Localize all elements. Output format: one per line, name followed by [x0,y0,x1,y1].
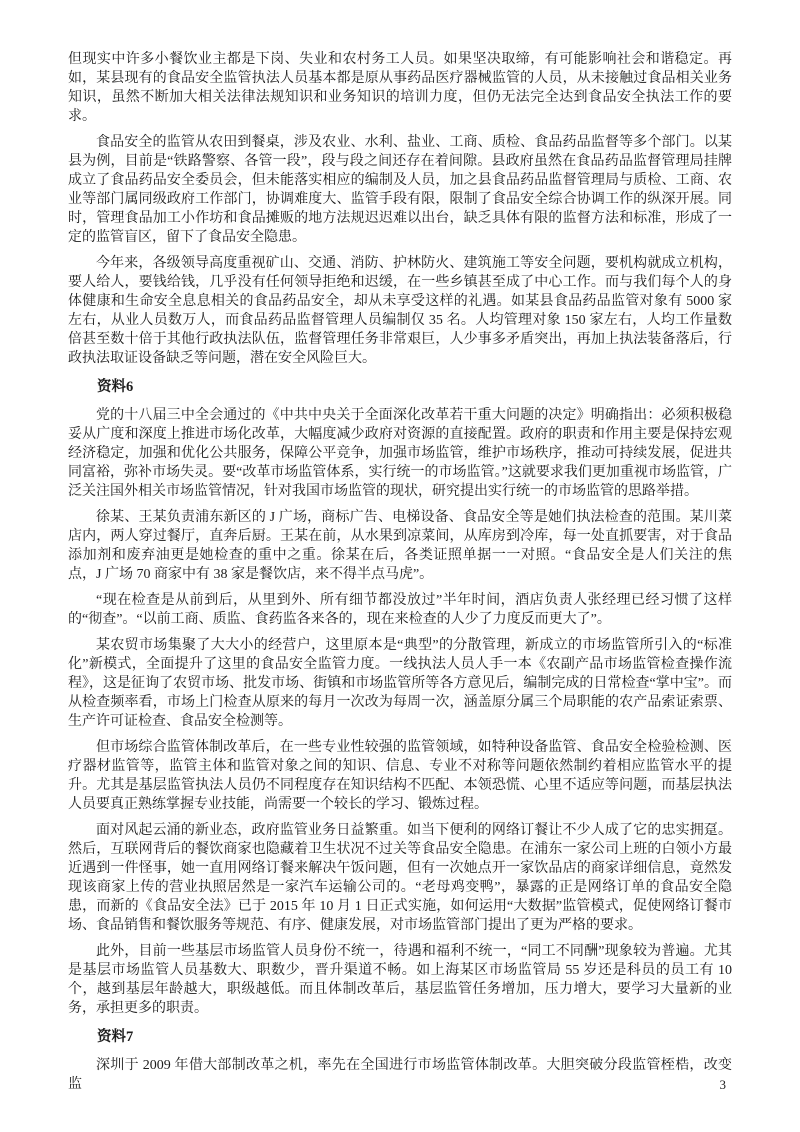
section-heading: 资料7 [68,1028,732,1047]
document-body: 但现实中许多小餐饮业主都是下岗、失业和农村务工人员。如果坚决取缔，有可能影响社会… [68,50,732,1101]
paragraph: 此外，目前一些基层市场监管人员身份不统一，待遇和福利不统一，“同工不同酬”现象较… [68,942,732,1018]
paragraph: “现在检查是从前到后，从里到外、所有细节都没放过”半年时间，酒店负责人张经理已经… [68,591,732,629]
paragraph: 徐某、王某负责浦东新区的 J 广场，商标广告、电梯设备、食品安全等是她们执法检查… [68,508,732,584]
page-number: 3 [720,1077,727,1092]
paragraph: 面对风起云涌的新业态，政府监管业务日益繁重。如当下便利的网络订餐让不少人成了它的… [68,821,732,935]
paragraph: 某农贸市场集聚了大大小的经营户，这里原本是“典型”的分散管理，新成立的市场监管所… [68,636,732,731]
paragraph: 深圳于 2009 年借大部制改革之机，率先在全国进行市场监管体制改革。大胆突破分… [68,1056,732,1094]
paragraph: 今年来，各级领导高度重视矿山、交通、消防、护林防火、建筑施工等安全问题，要机构就… [68,254,732,368]
document-page: 但现实中许多小餐饮业主都是下岗、失业和农村务工人员。如果坚决取缔，有可能影响社会… [0,0,800,1132]
paragraph: 但现实中许多小餐饮业主都是下岗、失业和农村务工人员。如果坚决取缔，有可能影响社会… [68,50,732,126]
paragraph: 食品安全的监管从农田到餐桌，涉及农业、水利、盐业、工商、质检、食品药品监督等多个… [68,133,732,247]
paragraph: 但市场综合监管体制改革后，在一些专业性较强的监管领域，如特种设备监管、食品安全检… [68,738,732,814]
paragraph: 党的十八届三中全会通过的《中共中央关于全面深化改革若干重大问题的决定》明确指出：… [68,406,732,501]
section-heading: 资料6 [68,378,732,397]
